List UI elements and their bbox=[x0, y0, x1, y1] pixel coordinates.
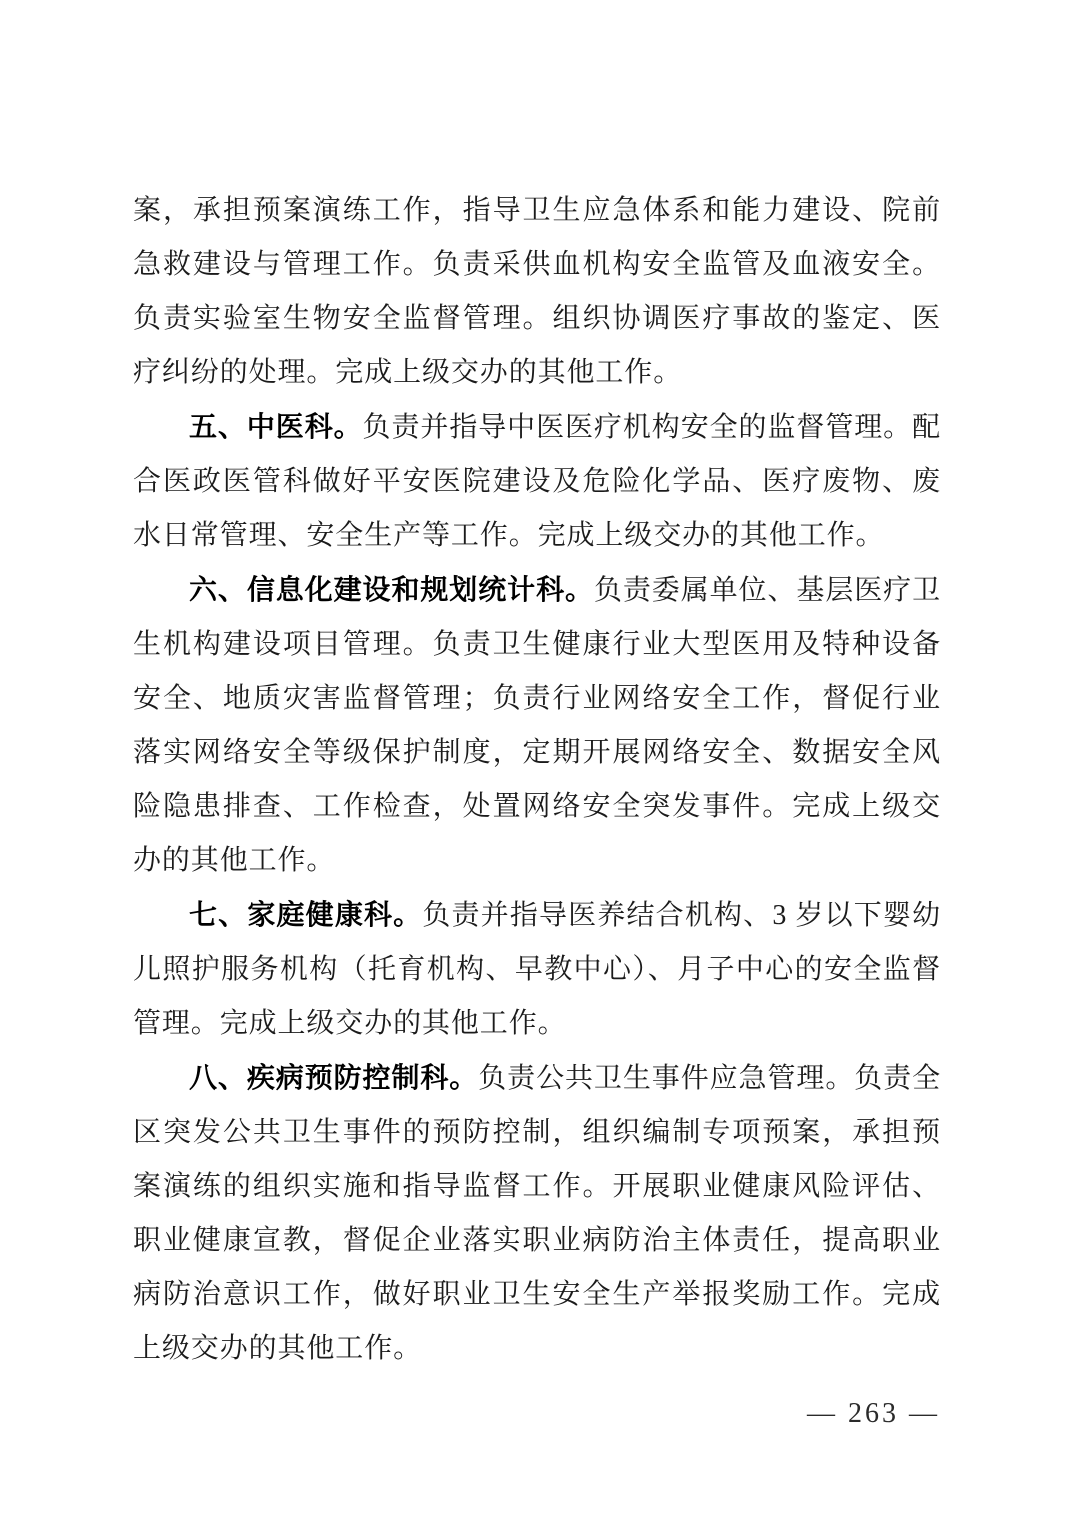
document-page: 案，承担预案演练工作，指导卫生应急体系和能力建设、院前急救建设与管理工作。负责采… bbox=[0, 0, 1074, 1520]
section-text: 负责委属单位、基层医疗卫生机构建设项目管理。负责卫生健康行业大型医用及特种设备安… bbox=[133, 575, 941, 876]
paragraph-section-5: 五、中医科。负责并指导中医医疗机构安全的监督管理。配合医政医管科做好平安医院建设… bbox=[133, 400, 941, 563]
section-heading: 七、家庭健康科。 bbox=[189, 899, 422, 930]
section-text: 案，承担预案演练工作，指导卫生应急体系和能力建设、院前急救建设与管理工作。负责采… bbox=[133, 195, 941, 388]
section-heading: 六、信息化建设和规划统计科。 bbox=[189, 574, 594, 605]
section-heading: 八、疾病预防控制科。 bbox=[189, 1062, 478, 1093]
paragraph-continuation: 案，承担预案演练工作，指导卫生应急体系和能力建设、院前急救建设与管理工作。负责采… bbox=[133, 184, 941, 400]
section-heading: 五、中医科。 bbox=[189, 411, 363, 442]
section-text: 负责公共卫生事件应急管理。负责全区突发公共卫生事件的预防控制，组织编制专项预案，… bbox=[133, 1063, 941, 1364]
page-number: — 263 — bbox=[807, 1398, 940, 1430]
paragraph-section-8: 八、疾病预防控制科。负责公共卫生事件应急管理。负责全区突发公共卫生事件的预防控制… bbox=[133, 1051, 941, 1376]
document-body: 案，承担预案演练工作，指导卫生应急体系和能力建设、院前急救建设与管理工作。负责采… bbox=[133, 184, 941, 1376]
paragraph-section-6: 六、信息化建设和规划统计科。负责委属单位、基层医疗卫生机构建设项目管理。负责卫生… bbox=[133, 563, 941, 888]
paragraph-section-7: 七、家庭健康科。负责并指导医养结合机构、3 岁以下婴幼儿照护服务机构（托育机构、… bbox=[133, 888, 941, 1051]
